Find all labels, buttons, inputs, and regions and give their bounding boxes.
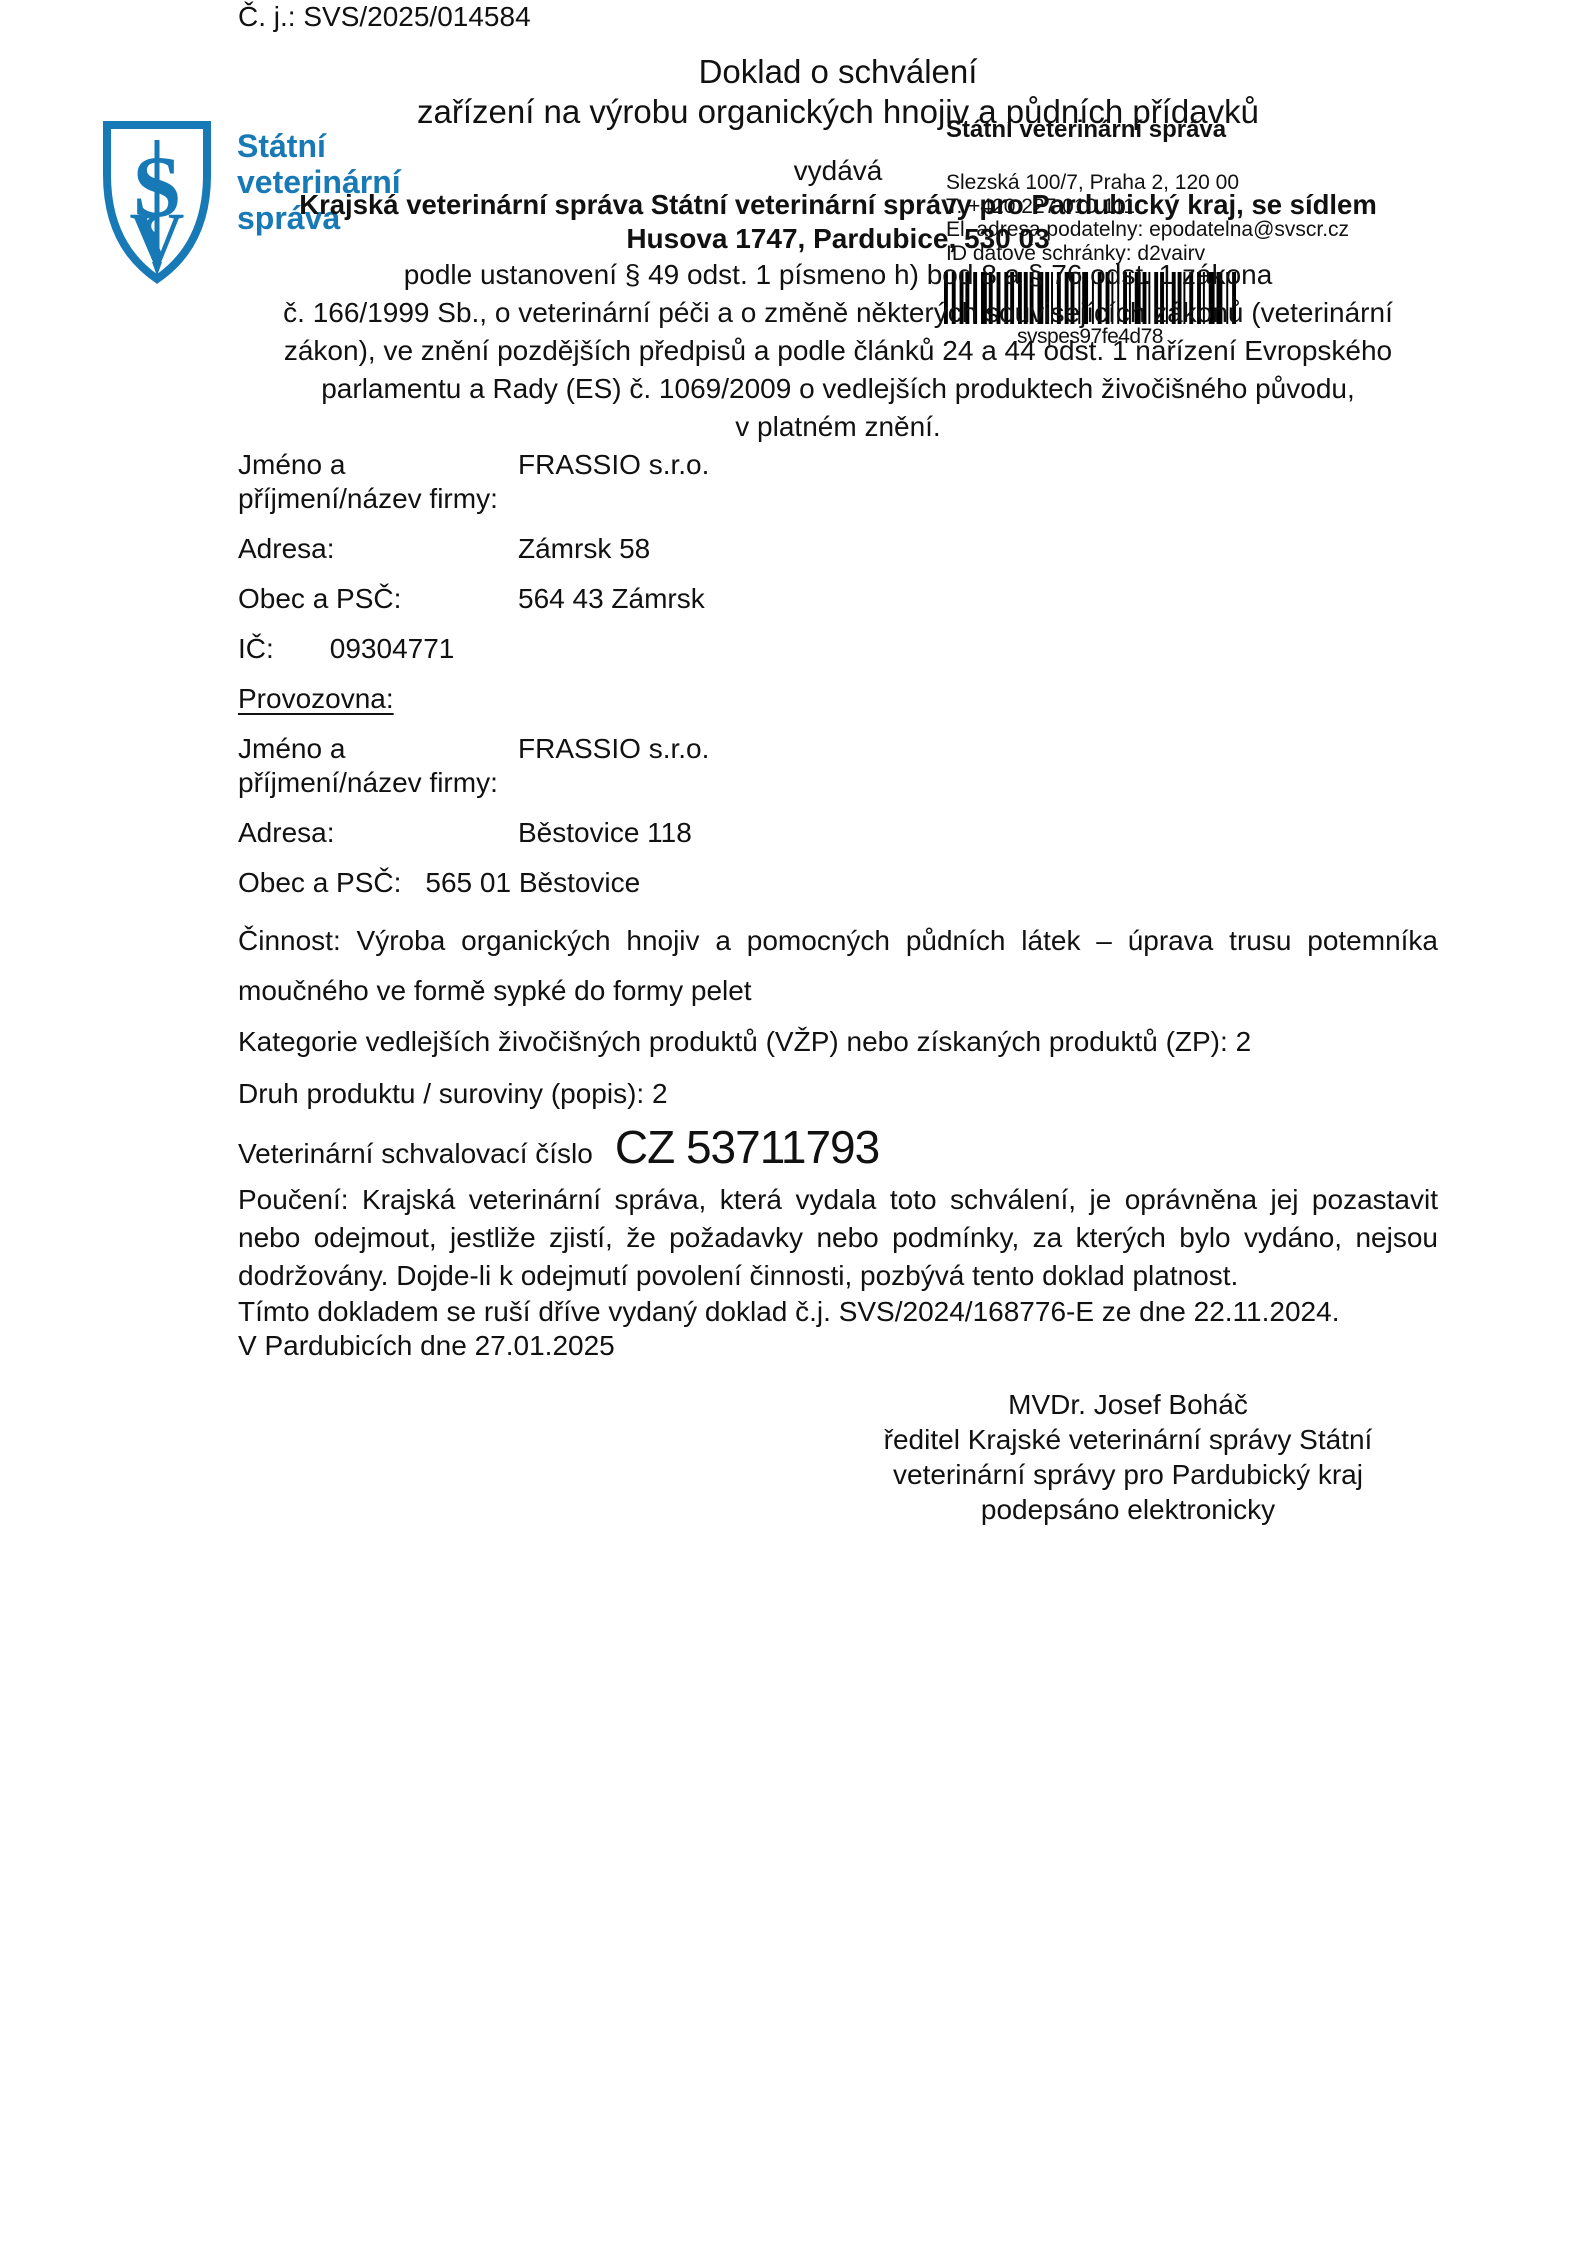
notice-paragraph: Poučení: Krajská veterinární správa, kte… <box>238 1181 1438 1295</box>
svs-shield-logo-icon: S V <box>100 120 214 288</box>
field-row: Adresa: Běstovice 118 <box>238 816 1438 850</box>
field-label: Obec a PSČ: <box>238 582 518 616</box>
field-row: Obec a PSČ: 564 43 Zámrsk <box>238 582 1438 616</box>
field-row: Jméno a příjmení/název firmy: FRASSIO s.… <box>238 732 1438 800</box>
field-label: IČ: <box>238 632 274 666</box>
field-label: Adresa: <box>238 816 518 850</box>
document-title: Doklad o schválení zařízení na výrobu or… <box>238 52 1438 132</box>
document-page: S V Státní veterinární správa Státní vet… <box>0 0 1588 2246</box>
revocation-line: Tímto dokladem se ruší dříve vydaný dokl… <box>238 1295 1438 1329</box>
legal-basis: podle ustanovení § 49 odst. 1 písmeno h)… <box>238 256 1438 446</box>
field-label: Obec a PSČ: <box>238 866 401 900</box>
field-row-city: Obec a PSČ: 565 01 Běstovice <box>238 866 1438 900</box>
approval-number: CZ 53711793 <box>615 1121 879 1173</box>
approval-label: Veterinární schvalovací číslo <box>238 1138 593 1169</box>
field-row: Adresa: Zámrsk 58 <box>238 532 1438 566</box>
field-value: 565 01 Běstovice <box>425 866 640 900</box>
establishment-heading: Provozovna: <box>238 682 1438 716</box>
field-value: Běstovice 118 <box>518 816 692 850</box>
reference-number: Č. j.: SVS/2025/014584 <box>238 0 1438 34</box>
field-row-ic: IČ: 09304771 <box>238 632 1438 666</box>
category-line: Kategorie vedlejších živočišných produkt… <box>238 1016 1438 1068</box>
activity-description: Činnost: Výroba organických hnojiv a pom… <box>238 916 1438 1016</box>
product-line: Druh produktu / suroviny (popis): 2 <box>238 1068 1438 1120</box>
issued-by-word: vydává <box>238 154 1438 188</box>
field-row: Jméno a příjmení/název firmy: FRASSIO s.… <box>238 448 1438 516</box>
field-value: FRASSIO s.r.o. <box>518 448 709 516</box>
establishment-fields: Jméno a příjmení/název firmy: FRASSIO s.… <box>238 732 1438 900</box>
field-value: 09304771 <box>330 632 455 666</box>
signature-block: MVDr. Josef Boháč ředitel Krajské veteri… <box>778 1387 1478 1527</box>
authority-name: Krajská veterinární správa Státní veteri… <box>238 188 1438 222</box>
field-value: 564 43 Zámrsk <box>518 582 705 616</box>
place-and-date: V Pardubicích dne 27.01.2025 <box>238 1329 1438 1363</box>
field-label: Jméno a příjmení/název firmy: <box>238 448 518 516</box>
field-label: Adresa: <box>238 532 518 566</box>
authority-address: Husova 1747, Pardubice, 530 03 <box>238 222 1438 256</box>
document-body: Č. j.: SVS/2025/014584 Doklad o schválen… <box>238 0 1438 1527</box>
field-value: Zámrsk 58 <box>518 532 650 566</box>
approval-number-line: Veterinární schvalovací čísloCZ 53711793 <box>238 1120 1438 1181</box>
company-fields: Jméno a příjmení/název firmy: FRASSIO s.… <box>238 448 1438 666</box>
field-value: FRASSIO s.r.o. <box>518 732 709 800</box>
field-label: Jméno a příjmení/název firmy: <box>238 732 518 800</box>
